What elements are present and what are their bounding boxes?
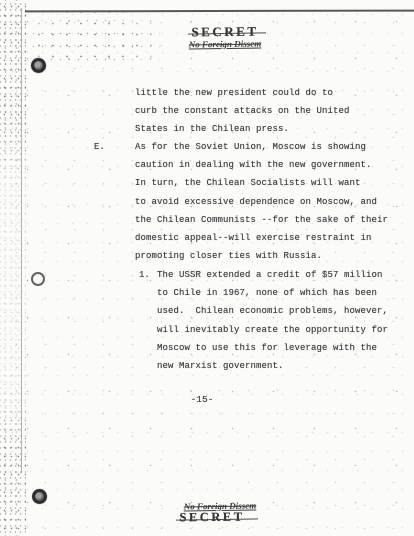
text-line: As for the Soviet Union, Moscow is showi… xyxy=(135,138,388,156)
text-line: caution in dealing with the new governme… xyxy=(135,156,388,174)
text-line: little the new president could do to xyxy=(135,84,350,102)
top-left-speckle-cluster xyxy=(28,12,163,67)
text-line: promoting closer ties with Russia. xyxy=(135,247,388,265)
text-line: new Marxist government. xyxy=(157,357,388,375)
text-line: will inevitably create the opportunity f… xyxy=(157,321,388,339)
text-line: to avoid excessive dependence on Moscow,… xyxy=(135,193,388,211)
scanned-document-page: SECRET No Foreign Dissem little the new … xyxy=(0,0,414,536)
text-line: curb the constant attacks on the United xyxy=(135,102,350,120)
item-e-label: E. xyxy=(94,138,105,156)
paragraph-item-1: The USSR extended a credit of $57 millio… xyxy=(157,266,388,375)
left-edge-scan-band xyxy=(0,0,26,536)
page-top-edge-line xyxy=(25,10,414,13)
hole-punch-mark-bottom xyxy=(32,489,47,504)
text-line: the Chilean Communists --for the sake of… xyxy=(135,211,388,229)
item-1-label: 1. xyxy=(139,266,150,284)
text-line: to Chile in 1967, none of which has been xyxy=(157,284,388,302)
hole-punch-mark-middle xyxy=(31,272,45,286)
text-line: Moscow to use this for leverage with the xyxy=(157,339,388,357)
paragraph-item-e: As for the Soviet Union, Moscow is showi… xyxy=(135,138,388,265)
text-line: States in the Chilean press. xyxy=(135,120,350,138)
hole-punch-mark-top xyxy=(31,58,46,73)
text-line: In turn, the Chilean Socialists will wan… xyxy=(135,174,388,192)
text-line: domestic appeal--will exercise restraint… xyxy=(135,229,388,247)
page-fold-line xyxy=(21,8,22,473)
text-line: The USSR extended a credit of $57 millio… xyxy=(157,266,388,284)
text-line: used. Chilean economic problems, however… xyxy=(157,302,388,320)
handling-caveat-top: No Foreign Dissem xyxy=(165,38,285,50)
page-number: -15- xyxy=(178,394,226,405)
paragraph-continuation: little the new president could do tocurb… xyxy=(135,84,350,139)
